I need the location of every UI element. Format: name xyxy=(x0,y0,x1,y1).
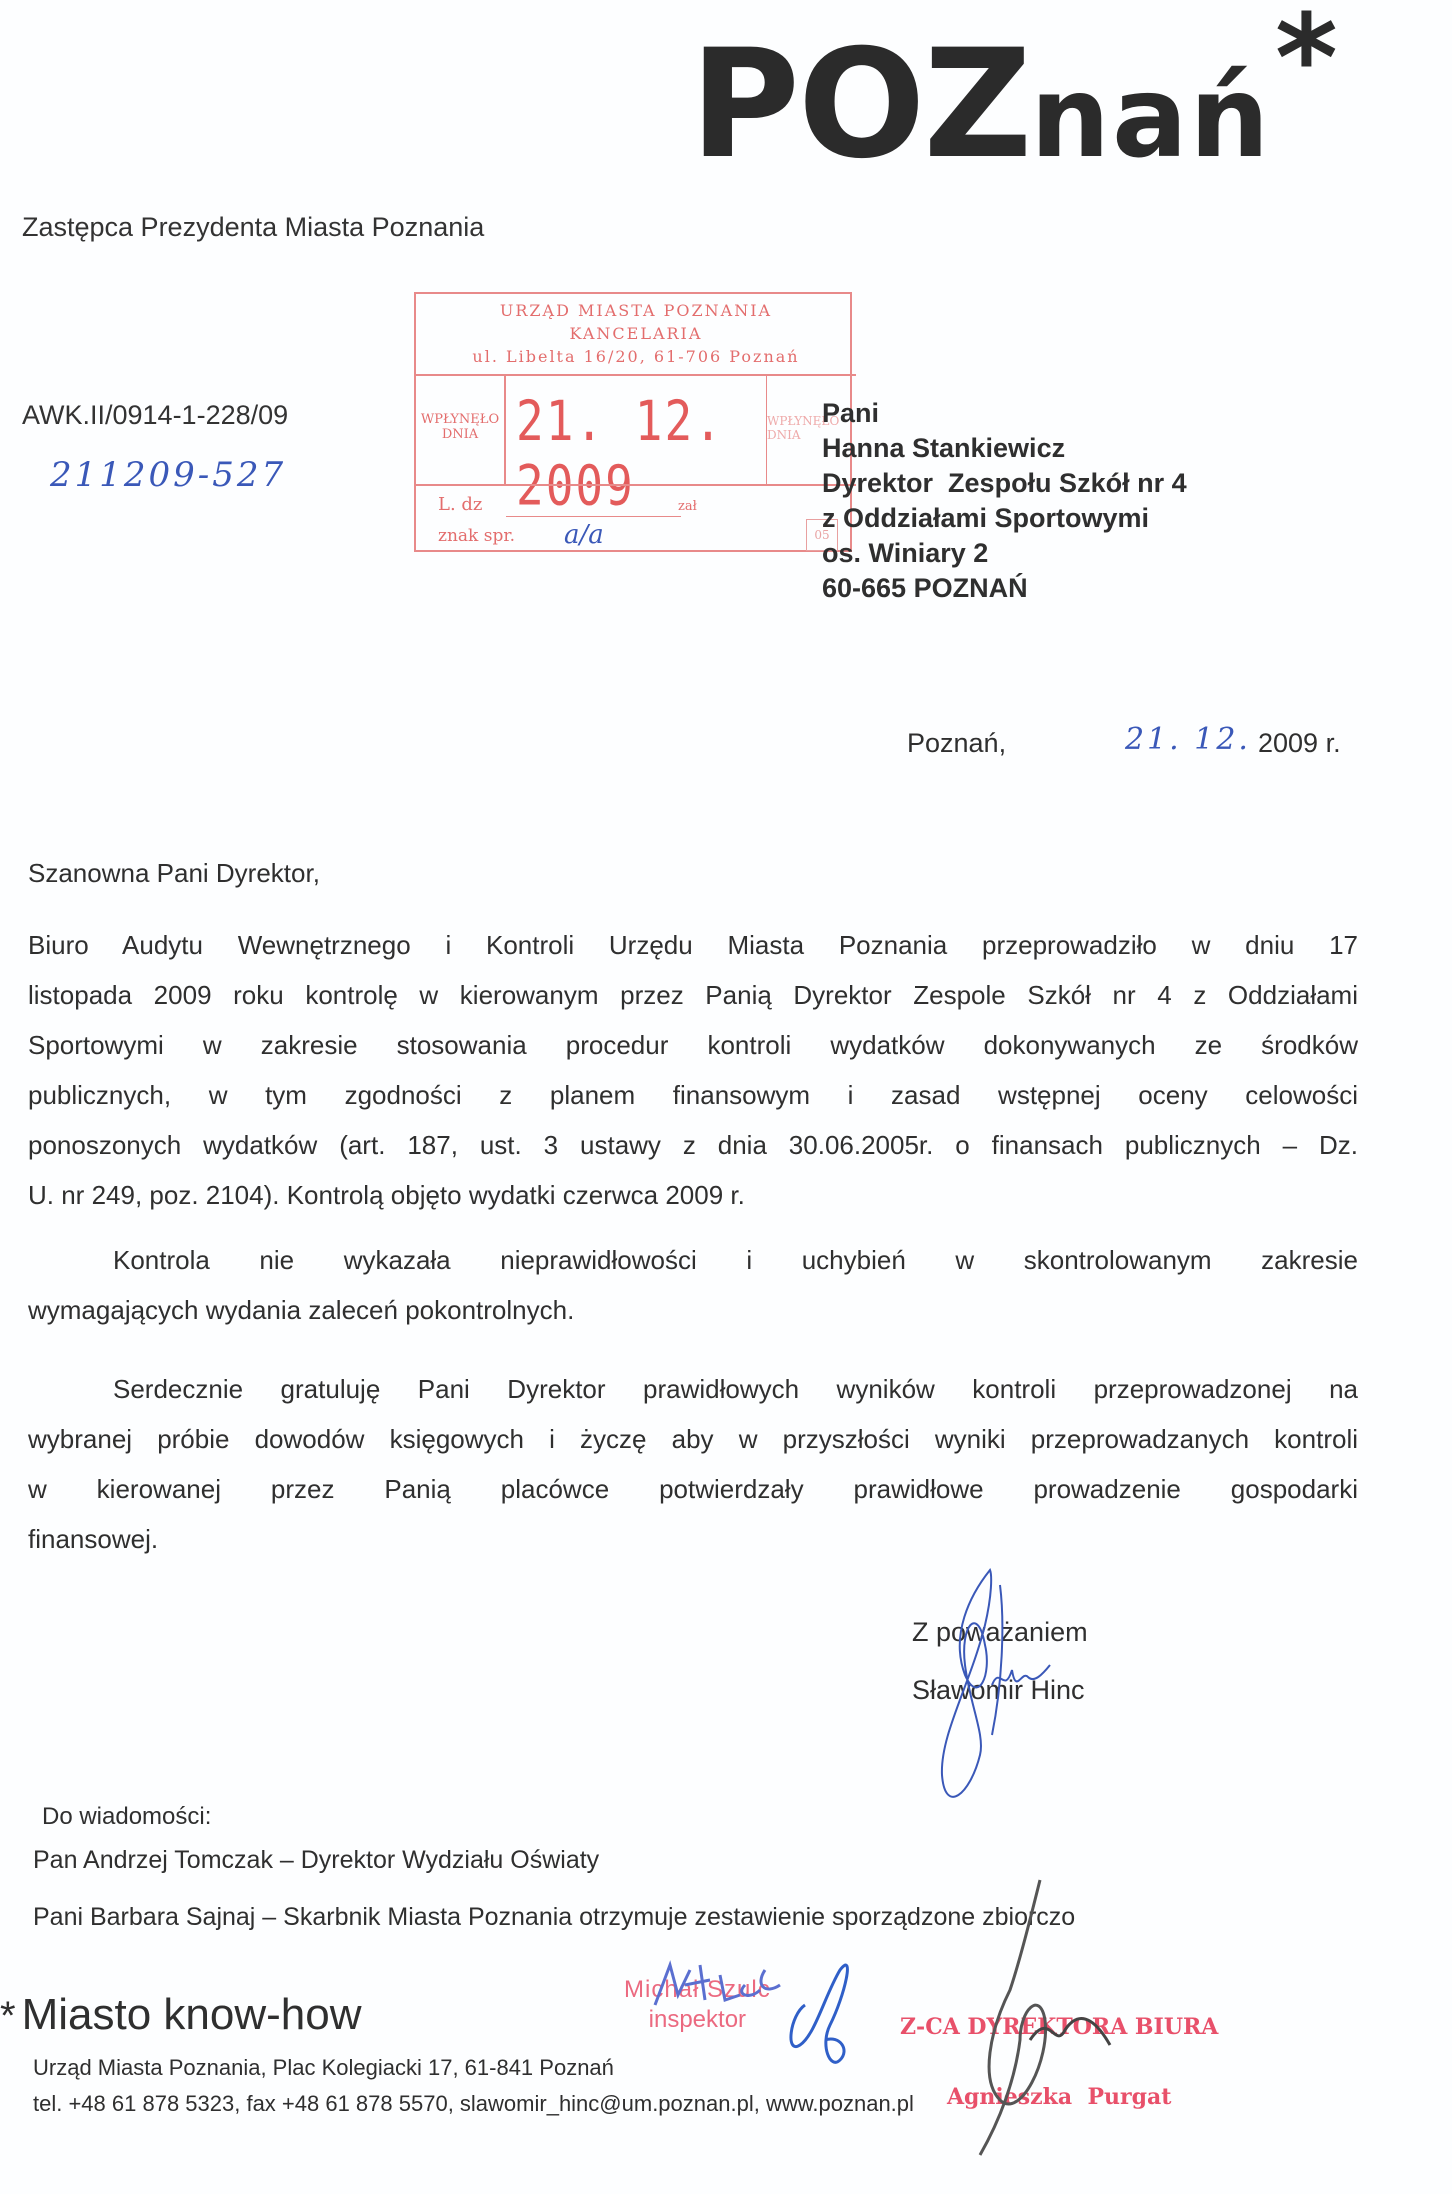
asterisk-logo-icon: * xyxy=(1275,0,1338,120)
recipient-line: 60-665 POZNAŃ xyxy=(822,571,1187,606)
cc-title: Do wiadomości: xyxy=(42,1803,211,1831)
paragraph-line: w kierowanej przez Panią placówce potwie… xyxy=(28,1464,1358,1514)
paragraph-line: Kontrola nie wykazała nieprawidłowości i… xyxy=(28,1235,1358,1285)
signature-hinc-icon xyxy=(930,1565,1070,1815)
paragraph-line: finansowej. xyxy=(28,1514,1358,1564)
stamp-line-2: KANCELARIA xyxy=(416,322,856,345)
stamp-divider xyxy=(416,484,856,486)
poznan-logo: POZnań xyxy=(690,30,1271,193)
cc-recipient: Pani Barbara Sajnaj – Skarbnik Miasta Po… xyxy=(33,1903,1075,1932)
stamp-received-label-2: DNIA xyxy=(416,427,504,442)
paragraph-line: Serdecznie gratuluję Pani Dyrektor prawi… xyxy=(28,1364,1358,1414)
paragraph-3: Serdecznie gratuluję Pani Dyrektor prawi… xyxy=(28,1364,1358,1564)
initials-signature-icon xyxy=(785,1955,860,2070)
paragraph-line: Sportowymi w zakresie stosowania procedu… xyxy=(28,1020,1358,1070)
dateline-year: 2009 r. xyxy=(1258,728,1341,759)
logo-main: POZ xyxy=(690,18,1030,192)
sender-title: Zastępca Prezydenta Miasta Poznania xyxy=(22,212,484,243)
recipient-line: Hanna Stankiewicz xyxy=(822,431,1187,466)
paragraph-line: wymagających wydania zaleceń pokontrolny… xyxy=(28,1285,1358,1335)
stamp-received-label: WPŁYNĘŁO DNIA xyxy=(416,374,506,484)
paragraph-line: U. nr 249, poz. 2104). Kontrolą objęto w… xyxy=(28,1170,1358,1220)
recipient-line: Pani xyxy=(822,396,1187,431)
dateline-place: Poznań, xyxy=(907,728,1006,759)
reference-number: AWK.II/0914-1-228/09 xyxy=(22,400,288,431)
asterisk-icon: * xyxy=(0,1994,16,2038)
recipient-line: os. Winiary 2 xyxy=(822,536,1187,571)
tagline-text: Miasto know-how xyxy=(22,1990,362,2039)
paragraph-line: wybranej próbie dowodów księgowych i życ… xyxy=(28,1414,1358,1464)
handwritten-reference: 211209-527 xyxy=(50,455,286,495)
signature-szulc-icon xyxy=(650,1955,790,2015)
signature-purgat-icon xyxy=(960,1880,1130,2160)
stamp-ldz-line xyxy=(506,516,681,517)
stamp-line-1: URZĄD MIASTA POZNANIA xyxy=(416,299,856,322)
paragraph-line: ponoszonych wydatków (art. 187, ust. 3 u… xyxy=(28,1120,1358,1170)
stamp-ldz-label: L. dz xyxy=(438,494,482,515)
handwritten-date: 21. 12. xyxy=(1125,722,1251,757)
paragraph-line: publicznych, w tym zgodności z planem fi… xyxy=(28,1070,1358,1120)
stamp-line-3: ul. Libelta 16/20, 61-706 Poznań xyxy=(416,345,856,368)
cc-recipient: Pan Andrzej Tomczak – Dyrektor Wydziału … xyxy=(33,1846,599,1875)
stamp-received-label-1: WPŁYNĘŁO xyxy=(416,412,504,427)
stamp-zal-label: zał xyxy=(678,499,697,514)
stamp-znak-handwritten: a/a xyxy=(564,520,604,550)
paragraph-line: Biuro Audytu Wewnętrznego i Kontroli Urz… xyxy=(28,920,1358,970)
paragraph-1: Biuro Audytu Wewnętrznego i Kontroli Urz… xyxy=(28,920,1358,1220)
footer-tagline: *Miasto know-how xyxy=(0,1990,361,2040)
footer-address: Urząd Miasta Poznania, Plac Kolegiacki 1… xyxy=(33,2055,614,2081)
paragraph-2: Kontrola nie wykazała nieprawidłowości i… xyxy=(28,1235,1358,1335)
recipient-line: z Oddziałami Sportowymi xyxy=(822,501,1187,536)
stamp-header: URZĄD MIASTA POZNANIA KANCELARIA ul. Lib… xyxy=(416,294,856,376)
logo-lower: nań xyxy=(1030,53,1271,183)
recipient-line: Dyrektor Zespołu Szkół nr 4 xyxy=(822,466,1187,501)
recipient-address: Pani Hanna Stankiewicz Dyrektor Zespołu … xyxy=(822,396,1187,606)
footer-contact: tel. +48 61 878 5323, fax +48 61 878 557… xyxy=(33,2091,914,2117)
stamp-znak-label: znak spr. xyxy=(438,526,515,546)
salutation: Szanowna Pani Dyrektor, xyxy=(28,858,1358,889)
registry-stamp: URZĄD MIASTA POZNANIA KANCELARIA ul. Lib… xyxy=(414,292,852,552)
paragraph-line: listopada 2009 roku kontrolę w kierowany… xyxy=(28,970,1358,1020)
